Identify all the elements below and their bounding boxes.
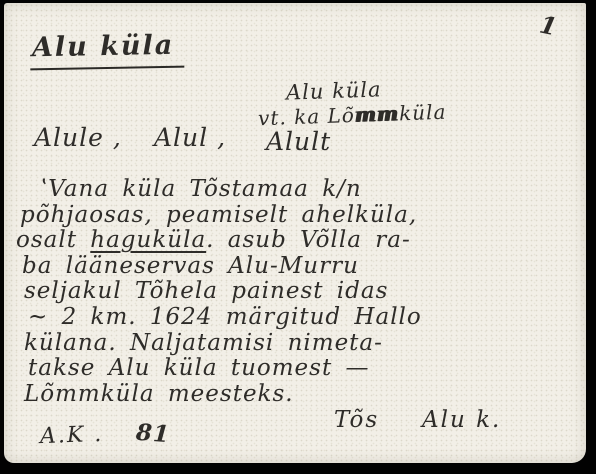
annotation-word-start: Lõ bbox=[327, 103, 355, 128]
name-form-allative: Alule , bbox=[34, 123, 122, 152]
body-line: põhjaosas, peamiselt ahelküla, bbox=[20, 203, 582, 229]
body-line3-end: . asub Võlla ra- bbox=[206, 227, 411, 253]
body-line: seljakul Tõhela painest idas bbox=[24, 279, 582, 305]
body-line3-start: osalt bbox=[16, 227, 90, 253]
annotation-line-2: vt. ka Lõmmküla bbox=[258, 100, 447, 131]
annotation-line-1: Alu küla bbox=[286, 77, 382, 104]
body-line: külana. Naljatamisi nimeta- bbox=[24, 331, 582, 357]
scanned-card-frame: 1 Alu küla Alu küla vt. ka Lõmmküla Alul… bbox=[0, 0, 596, 474]
name-form-adessive: Alul , bbox=[154, 123, 226, 152]
card-body-paragraph: ʽVana küla Tõstamaa k/n põhjaosas, peami… bbox=[16, 177, 582, 407]
page-number: 1 bbox=[537, 9, 560, 41]
body-line: ba lääneservas Alu-Murru bbox=[22, 254, 582, 280]
index-card: 1 Alu küla Alu küla vt. ka Lõmmküla Alul… bbox=[4, 3, 586, 463]
body-line: ʽVana küla Tõstamaa k/n bbox=[40, 177, 582, 203]
collector-initials: A.K . bbox=[40, 422, 104, 449]
body-line3-underlined-word: haguküla bbox=[90, 227, 206, 253]
annotation-word-overwritten: mm bbox=[354, 101, 399, 127]
card-title: Alu küla bbox=[30, 30, 185, 71]
body-line: osalt haguküla. asub Võlla ra- bbox=[16, 228, 582, 254]
signature-place-name: Alu k. bbox=[422, 407, 501, 433]
signature-parish-abbr: Tõs bbox=[334, 407, 379, 433]
body-line: Lõmmküla meesteks. bbox=[24, 382, 582, 408]
body-line: ~ 2 km. 1624 märgitud Hallo bbox=[28, 305, 582, 331]
body-line: takse Alu küla tuomest — bbox=[28, 356, 582, 382]
name-form-ablative: Alult bbox=[266, 127, 331, 156]
collection-year: 81 bbox=[135, 419, 171, 448]
annotation-word-end: küla bbox=[399, 100, 447, 126]
